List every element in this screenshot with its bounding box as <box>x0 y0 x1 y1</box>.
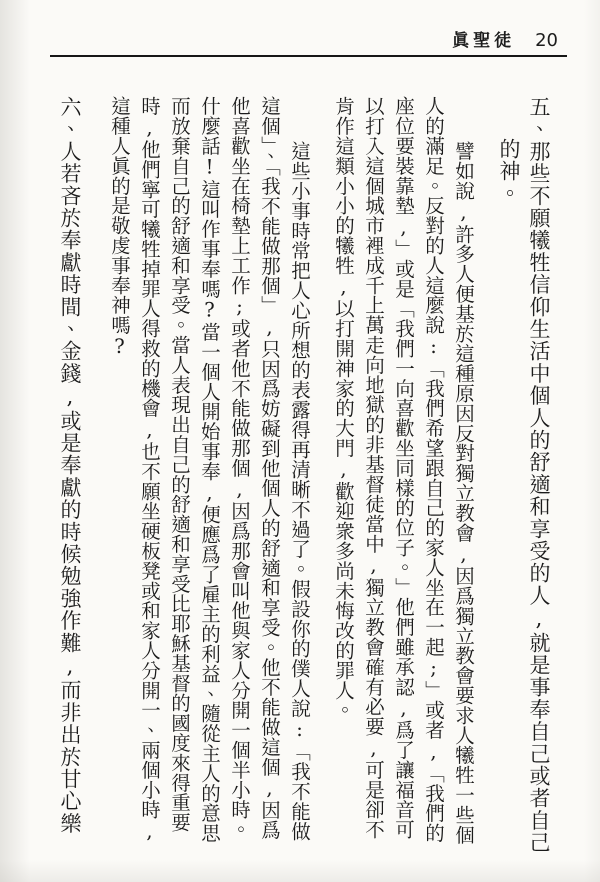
book-page: 眞聖徒 20 五、那些不願犧牲信仰生活中個人的舒適和享受的人,就是事奉自己或者自… <box>0 0 600 882</box>
book-title: 眞聖徒 <box>452 26 515 51</box>
paragraph-servant-analogy: 這些小事時常把人心所想的表露得再清晰不過了。假設你的僕人說:「我不能做這個」、「… <box>104 96 314 856</box>
page-number: 20 <box>535 30 558 51</box>
running-head: 眞聖徒 20 <box>452 26 558 51</box>
paragraph-example-church: 譬如說,許多人便基於這種原因反對獨立教會,因爲獨立教會要求人犧牲一些個人的滿足。… <box>328 96 478 856</box>
header-rule <box>50 55 567 57</box>
section-heading-five: 五、那些不願犧牲信仰生活中個人的舒適和享受的人,就是事奉自己或者自己的神。 <box>494 96 554 856</box>
text-body: 五、那些不願犧牲信仰生活中個人的舒適和享受的人,就是事奉自己或者自己的神。 譬如… <box>42 96 554 856</box>
section-heading-six: 六、人若吝於奉獻時間、金錢,或是奉獻的時候勉強作難,而非出於甘心樂 <box>55 96 85 856</box>
